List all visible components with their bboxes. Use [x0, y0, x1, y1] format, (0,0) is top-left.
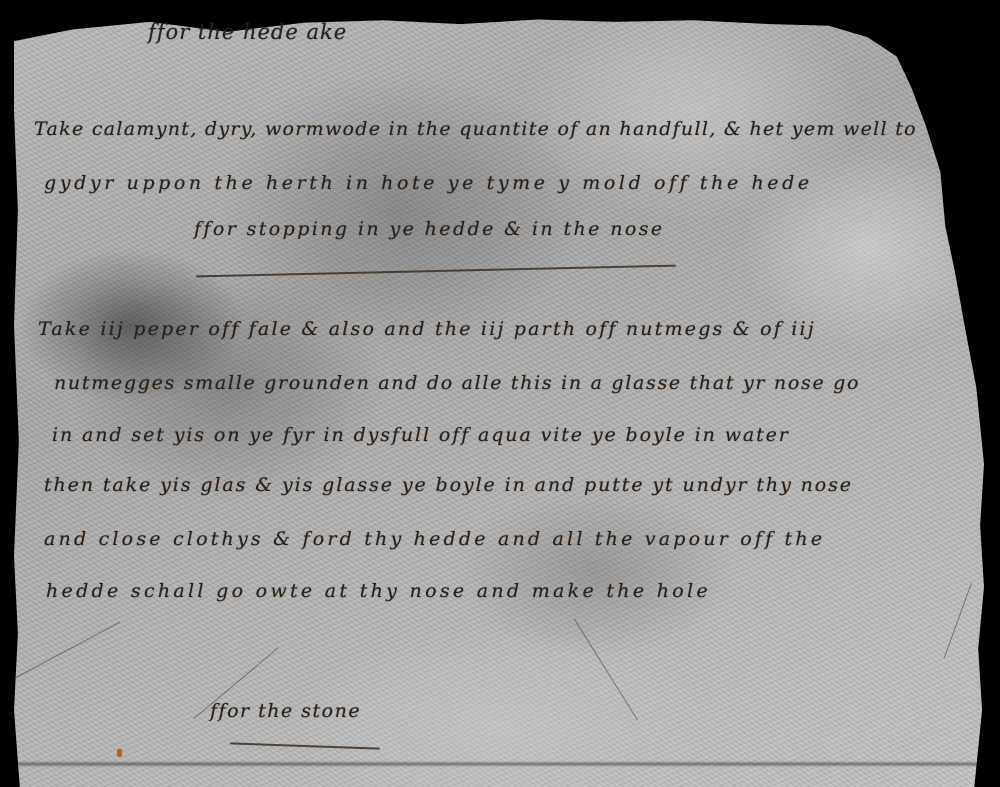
document-scan: ffor the hede ake Take calamynt, dyry, w… [0, 0, 1000, 787]
recipe-line-2: gydyr uppon the herth in hote ye tyme y … [44, 172, 813, 194]
recipe-line-6: in and set yis on ye fyr in dysfull off … [52, 424, 790, 446]
recipe-line-3: ffor stopping in ye hedde & in the nose [194, 218, 664, 240]
recipe-line-7: then take yis glas & yis glasse ye boyle… [44, 474, 853, 496]
recipe-line-5: nutmegges smalle grounden and do alle th… [54, 372, 860, 394]
crease-mark [944, 583, 972, 659]
crease-mark [14, 622, 120, 679]
heading-line: ffor the hede ake [148, 20, 347, 44]
recipe-line-4: Take iij peper off fale & also and the i… [38, 318, 816, 340]
crease-mark [574, 618, 638, 720]
recipe-line-8: and close clothys & ford thy hedde and a… [44, 528, 825, 550]
recipe-line-9: hedde schall go owte at thy nose and mak… [46, 580, 711, 602]
footer-line: ffor the stone [210, 700, 361, 722]
fold-line [14, 761, 984, 767]
rust-stain [117, 749, 122, 757]
recipe-line-1: Take calamynt, dyry, wormwode in the qua… [34, 118, 917, 140]
